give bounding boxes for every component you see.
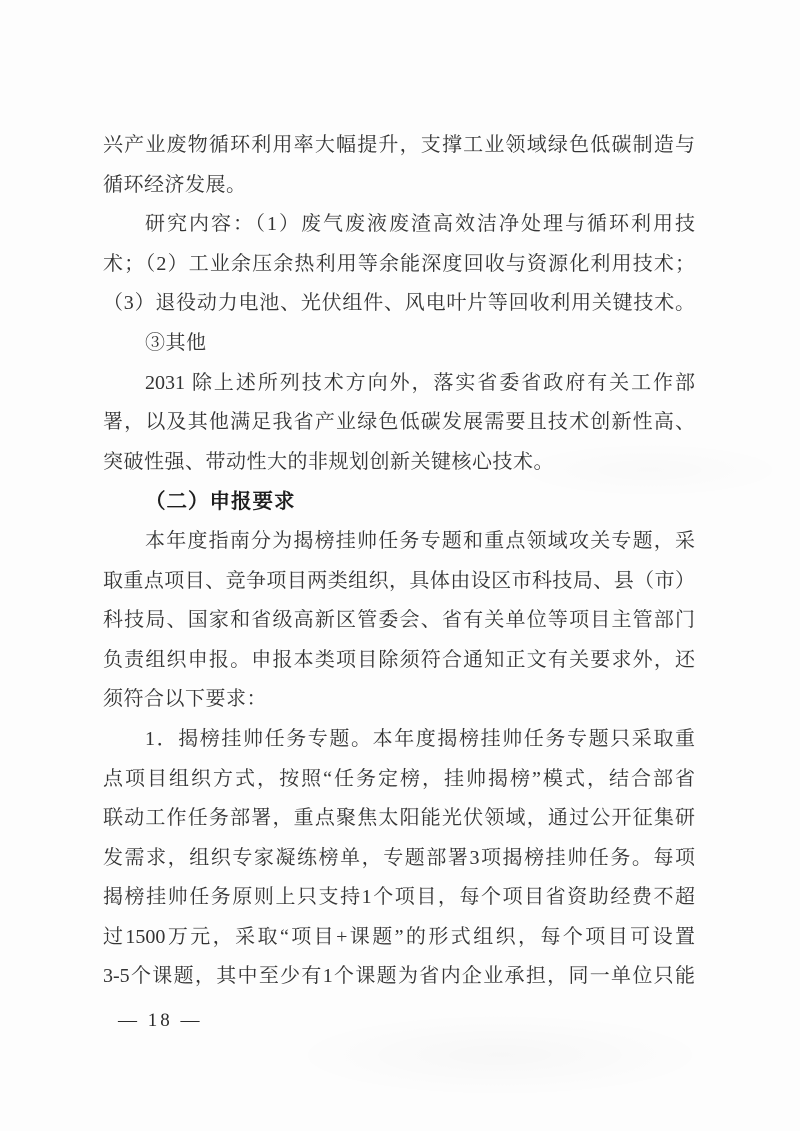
body-line: 科技局、国家和省级高新区管委会、省有关单位等项目主管部门 [103,601,695,641]
body-line: 1．揭榜挂帅任务专题。本年度揭榜挂帅任务专题只采取重 [103,720,695,760]
body-line-subitem-other: ③其他 [103,324,695,364]
body-line: 联动工作任务部署，重点聚焦太阳能光伏领域，通过公开征集研 [103,799,695,839]
body-line: 取重点项目、竞争项目两类组织，具体由设区市科技局、县（市） [103,562,695,602]
body-line: 揭榜挂帅任务原则上只支持1个项目，每个项目省资助经费不超 [103,878,695,918]
document-page: 兴产业废物循环利用率大幅提升，支撑工业领域绿色低碳制造与 循环经济发展。 研究内… [0,0,800,1131]
page-number: — 18 — [118,1004,203,1038]
body-line: 过1500万元，采取“项目+课题”的形式组织，每个项目可设置 [103,918,695,958]
body-line: 点项目组织方式，按照“任务定榜，挂帅揭榜”模式，结合部省 [103,760,695,800]
body-line: 署，以及其他满足我省产业绿色低碳发展需要且技术创新性高、 [103,403,695,443]
section-heading: （二）申报要求 [103,482,695,522]
body-line: 兴产业废物循环利用率大幅提升，支撑工业领域绿色低碳制造与 [103,126,695,166]
body-line: 本年度指南分为揭榜挂帅任务专题和重点领域攻关专题，采 [103,522,695,562]
body-line: 3-5个课题，其中至少有1个课题为省内企业承担，同一单位只能 [103,957,695,997]
body-line: 负责组织申报。申报本类项目除须符合通知正文有关要求外，还 [103,641,695,681]
body-line: 突破性强、带动性大的非规划创新关键核心技术。 [103,443,695,483]
body-line: 发需求，组织专家凝练榜单，专题部署3项揭榜挂帅任务。每项 [103,839,695,879]
body-line: 研究内容：（1）废气废液废渣高效洁净处理与循环利用技 [103,205,695,245]
body-text-column: 兴产业废物循环利用率大幅提升，支撑工业领域绿色低碳制造与 循环经济发展。 研究内… [103,126,695,997]
body-line: 须符合以下要求： [103,680,695,720]
body-line: （3）退役动力电池、光伏组件、风电叶片等回收利用关键技术。 [103,284,695,324]
body-line: 循环经济发展。 [103,166,695,206]
body-line: 2031 除上述所列技术方向外，落实省委省政府有关工作部 [103,364,695,404]
body-line: 术；（2）工业余压余热利用等余能深度回收与资源化利用技术； [103,245,695,285]
